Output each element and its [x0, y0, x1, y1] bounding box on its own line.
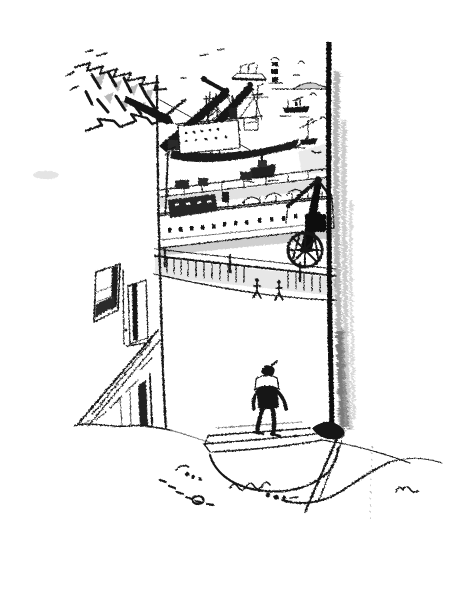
ink-cartoon-page — [0, 0, 450, 592]
sailor-left-arm — [254, 391, 259, 409]
right-tuft — [396, 487, 418, 492]
sailor-feet — [255, 432, 280, 436]
distant-liner — [232, 63, 266, 80]
right-wall-edge — [329, 42, 332, 432]
alley-ground — [160, 422, 442, 520]
ground-scribbles — [160, 466, 418, 505]
sailor-left-leg — [257, 407, 263, 432]
stone-stairs — [74, 330, 214, 444]
harbor-alley-illustration — [0, 0, 450, 592]
harbor-scene — [154, 49, 336, 300]
charcoal-shading — [336, 70, 354, 430]
cobblestone-curbs — [210, 440, 442, 520]
paper-smudge — [33, 171, 59, 179]
window-shutters — [94, 264, 151, 346]
sailor-torso — [257, 386, 279, 410]
small-steamer — [280, 97, 310, 117]
lighthouse — [269, 58, 282, 84]
sailor-right-leg — [272, 407, 274, 434]
cobble-dashes — [160, 480, 213, 505]
sailor-cap — [261, 365, 275, 376]
alley-steps — [204, 422, 322, 452]
